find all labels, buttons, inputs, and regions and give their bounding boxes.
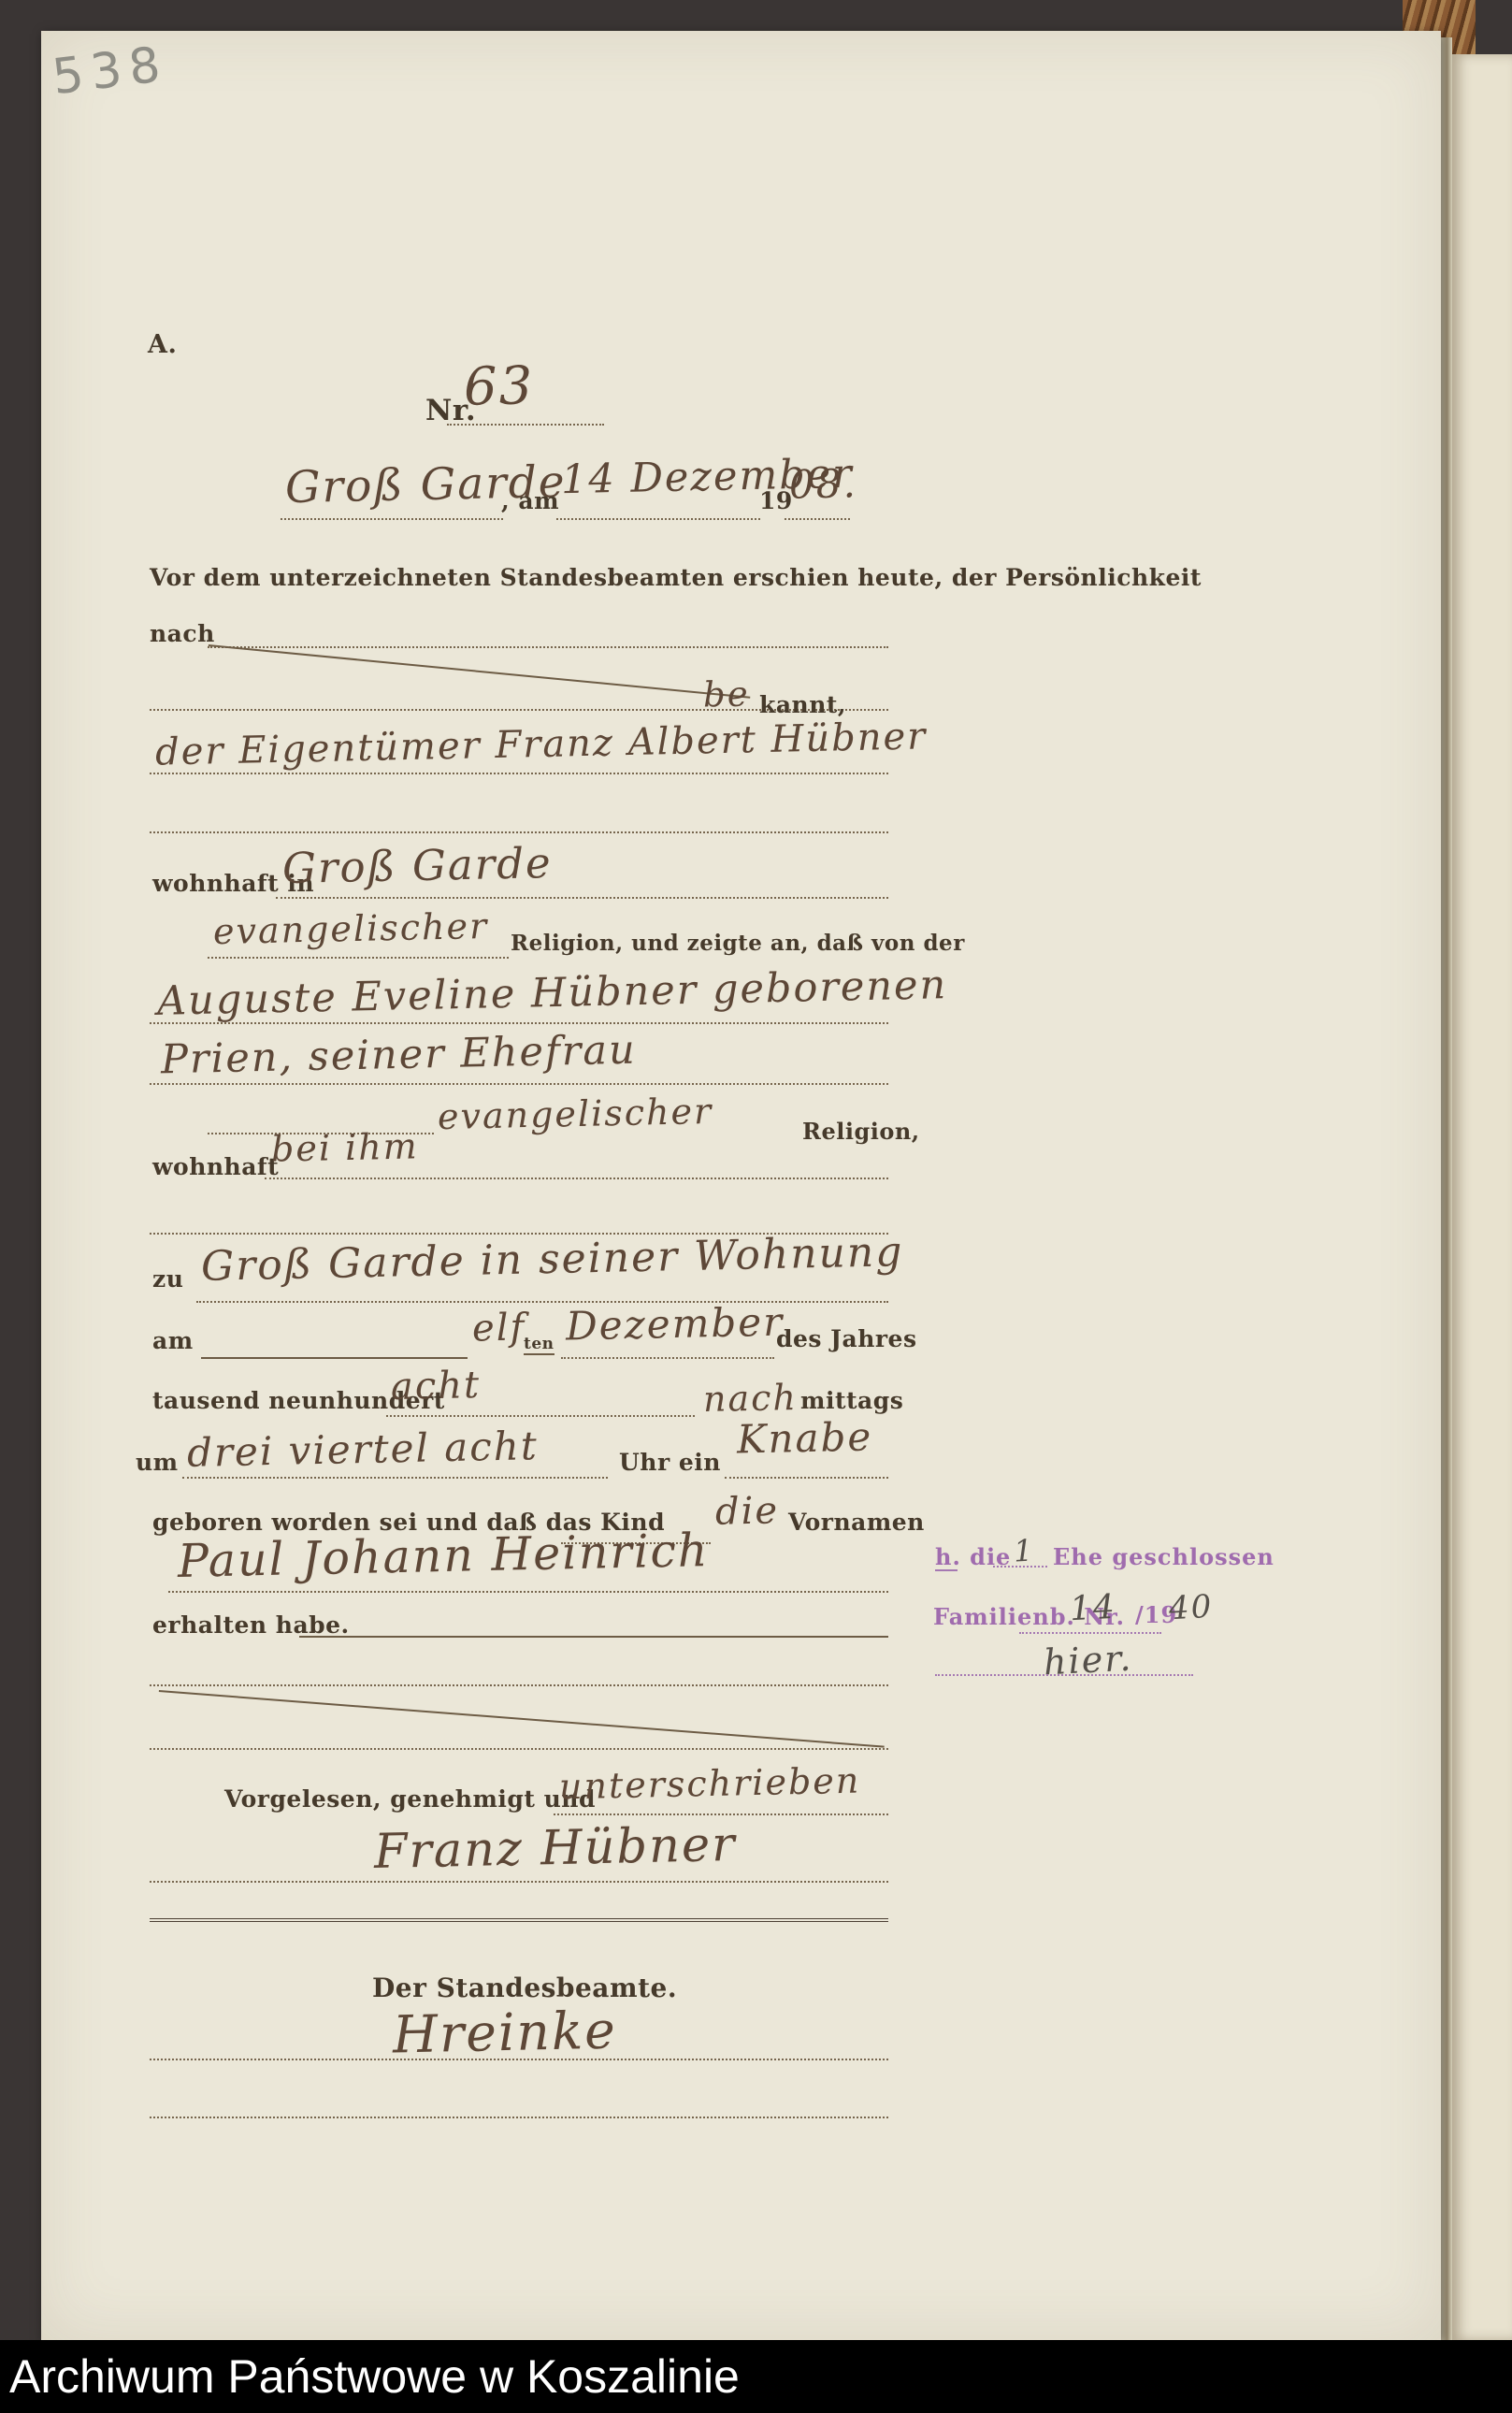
stamp-line2-dots <box>1019 1632 1161 1634</box>
sex-value: Knabe <box>737 1413 873 1462</box>
blank-line-1 <box>150 831 888 833</box>
wohnhaft-label: wohnhaft <box>152 1153 279 1180</box>
year-prefix: 19 <box>759 487 793 514</box>
zu-label: zu <box>152 1265 183 1293</box>
religion1-label: Religion, und zeigte an, daß von der <box>511 931 888 956</box>
des-jahres-label: des Jahres <box>776 1325 917 1352</box>
declarant-value: der Eigentümer Franz Albert Hübner <box>155 715 928 773</box>
adjacent-page <box>1452 54 1512 2340</box>
time-line <box>182 1477 608 1479</box>
residence-value: Groß Garde <box>281 838 553 893</box>
archive-caption-text: Archiwum Państwowe w Koszalinie <box>9 2340 740 2413</box>
year-value: 08. <box>788 460 857 508</box>
archive-caption-bar: Archiwum Państwowe w Koszalinie <box>0 2340 1512 2413</box>
date-line <box>556 518 760 520</box>
blank-line-5 <box>150 2117 888 2118</box>
residence-line <box>276 897 888 899</box>
stamp-h-underline <box>935 1569 958 1571</box>
blank-line-3 <box>150 1684 888 1686</box>
registrar-label: Der Standesbeamte. <box>372 1972 677 2003</box>
strike-line-2 <box>159 1690 885 1748</box>
stamp-line1-suffix: Ehe geschlossen <box>1053 1543 1274 1570</box>
erhalten-line <box>299 1636 888 1638</box>
stamp-line1-dots <box>993 1566 1047 1568</box>
religion2-value: evangelischer <box>438 1091 713 1137</box>
unterschrieben-value: unterschrieben <box>559 1760 861 1808</box>
time-value: drei viertel acht <box>187 1423 540 1476</box>
declarant-line <box>150 773 888 774</box>
am-label: , am <box>501 487 559 514</box>
record-number-line <box>447 424 604 426</box>
religion1-value: evangelischer <box>213 905 489 952</box>
um-label: um <box>136 1449 179 1476</box>
stamp-line1-value: 1 <box>1013 1532 1035 1568</box>
registrar-signature-line <box>150 2059 888 2060</box>
registrar-signature: Hreinke <box>392 2000 617 2064</box>
uhr-ein-label: Uhr ein <box>619 1449 721 1476</box>
declarant-signature-line <box>150 1881 888 1883</box>
die-value: die <box>715 1489 780 1533</box>
section-a-label: A. <box>148 330 177 359</box>
intro-paragraph: Vor dem unterzeichneten Standesbeamten e… <box>150 564 890 591</box>
mother-line2-value: Prien, seiner Ehefrau <box>161 1027 638 1084</box>
sex-line <box>725 1477 888 1479</box>
kannt-label: kannt, <box>759 691 846 718</box>
year-line <box>785 518 850 520</box>
mother-line2-rule <box>150 1083 888 1085</box>
year-word-value: acht <box>391 1364 482 1409</box>
mother-line1-rule <box>150 1022 888 1024</box>
stamp-line3-dots <box>935 1674 1193 1676</box>
page-gutter <box>1441 37 1452 2340</box>
day-value: elf <box>472 1306 526 1350</box>
month-line <box>561 1357 774 1359</box>
religion1-line <box>208 957 509 959</box>
year-word-line <box>386 1415 695 1417</box>
unterschrieben-line <box>554 1813 888 1815</box>
erhalten-label: erhalten habe. <box>152 1611 350 1639</box>
religion2-label: Religion, <box>802 1118 920 1145</box>
child-names-value: Paul Johann Heinrich <box>177 1524 710 1588</box>
strike-line-1 <box>209 644 751 699</box>
archive-scan: 538 A. Nr. 63 Groß Garde , am 14 Dezembe… <box>0 0 1512 2413</box>
wohnhaft-line <box>265 1178 888 1179</box>
birthplace-value: Groß Garde in seiner Wohnung <box>201 1228 904 1291</box>
blank-line-4 <box>150 1748 888 1750</box>
section-divider <box>150 1918 888 1922</box>
place-line <box>281 518 503 520</box>
vornamen-label: Vornamen <box>788 1509 925 1536</box>
be-value: be <box>703 673 750 715</box>
record-number-value: 63 <box>463 355 535 418</box>
stamp-line2-value2: 40 <box>1168 1588 1214 1627</box>
document-page: 538 A. Nr. 63 Groß Garde , am 14 Dezembe… <box>41 31 1441 2340</box>
mittags-label: mittags <box>800 1387 903 1414</box>
ten-label: ten <box>524 1335 554 1355</box>
stamp-line2-value: 14 <box>1069 1588 1117 1629</box>
child-names-line <box>168 1591 888 1593</box>
declarant-signature: Franz Hübner <box>373 1817 737 1880</box>
stamp-line3-value: hier. <box>1043 1638 1133 1683</box>
mother-line1-value: Auguste Eveline Hübner geborenen <box>157 961 948 1025</box>
vorgelesen-label: Vorgelesen, genehmigt und <box>224 1785 596 1813</box>
am2-blank-line <box>201 1357 468 1359</box>
am2-label: am <box>152 1327 194 1354</box>
wohnhaft-value: bei ihm <box>271 1125 420 1169</box>
birthplace-line <box>196 1301 888 1303</box>
pencil-page-number: 538 <box>50 36 171 107</box>
nach-line <box>208 646 888 648</box>
month-value: Dezember <box>566 1299 785 1350</box>
nach2-value: nach <box>703 1377 799 1420</box>
nach-label: nach <box>150 620 215 647</box>
